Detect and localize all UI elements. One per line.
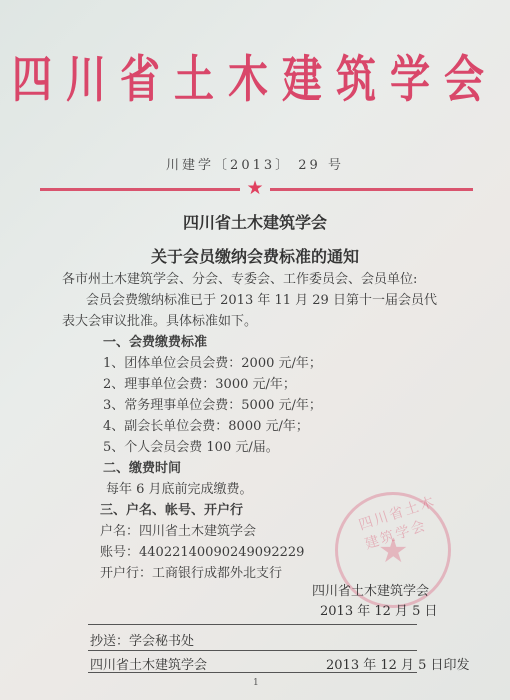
section-heading-account: 三、户名、帐号、开户行	[100, 499, 243, 518]
star-icon: ★	[245, 177, 265, 199]
red-divider-right	[270, 188, 473, 191]
document-page: 四川省土木建筑学会 川建学〔2013〕 29 号 ★ 四川省土木建筑学会 关于会…	[0, 0, 510, 700]
payment-deadline: 每年 6 月底前完成缴费。	[106, 478, 253, 497]
intro-line-2: 表大会审议批准。具体标准如下。	[62, 310, 257, 329]
section-heading-payment-time: 二、缴费时间	[103, 457, 181, 476]
footer-rule-bottom	[88, 672, 417, 673]
page-number: 1	[253, 678, 259, 688]
fee-item: 5、个人会员会费 100 元/届。	[103, 436, 279, 455]
fee-item: 1、团体单位会员会费：2000 元/年；	[103, 352, 322, 371]
seal-star-icon: ★	[378, 531, 408, 571]
footer-rule-top	[88, 624, 417, 625]
cc-line: 抄送：学会秘书处	[90, 630, 194, 649]
section-heading-fee-standard: 一、会费缴费标准	[103, 331, 207, 350]
masthead-title: 四川省土木建筑学会	[0, 40, 510, 111]
bank-name: 开户行：工商银行成都外北支行	[100, 562, 282, 581]
notice-org-title: 四川省土木建筑学会	[0, 210, 510, 233]
red-divider-left	[40, 188, 240, 191]
document-number: 川建学〔2013〕 29 号	[0, 154, 510, 173]
addressee: 各市州土木建筑学会、分会、专委会、工作委员会、会员单位:	[62, 268, 417, 287]
notice-subject-title: 关于会员缴纳会费标准的通知	[0, 244, 510, 267]
footer-rule-middle	[88, 650, 417, 651]
signature-date: 2013 年 12 月 5 日	[320, 600, 438, 619]
fee-item: 4、副会长单位会费：8000 元/年；	[103, 415, 309, 434]
account-number: 账号：44022140090249092229	[100, 541, 304, 560]
account-name: 户名：四川省土木建筑学会	[100, 520, 256, 539]
issue-date: 2013 年 12 月 5 日印发	[326, 654, 470, 673]
issuer: 四川省土木建筑学会	[90, 654, 207, 673]
intro-line-1: 会员会费缴纳标准已于 2013 年 11 月 29 日第十一届会员代	[86, 289, 437, 308]
fee-item: 3、常务理事单位会费：5000 元/年；	[103, 394, 322, 413]
signature-org: 四川省土木建筑学会	[312, 580, 429, 599]
fee-item: 2、理事单位会费：3000 元/年；	[103, 373, 296, 392]
